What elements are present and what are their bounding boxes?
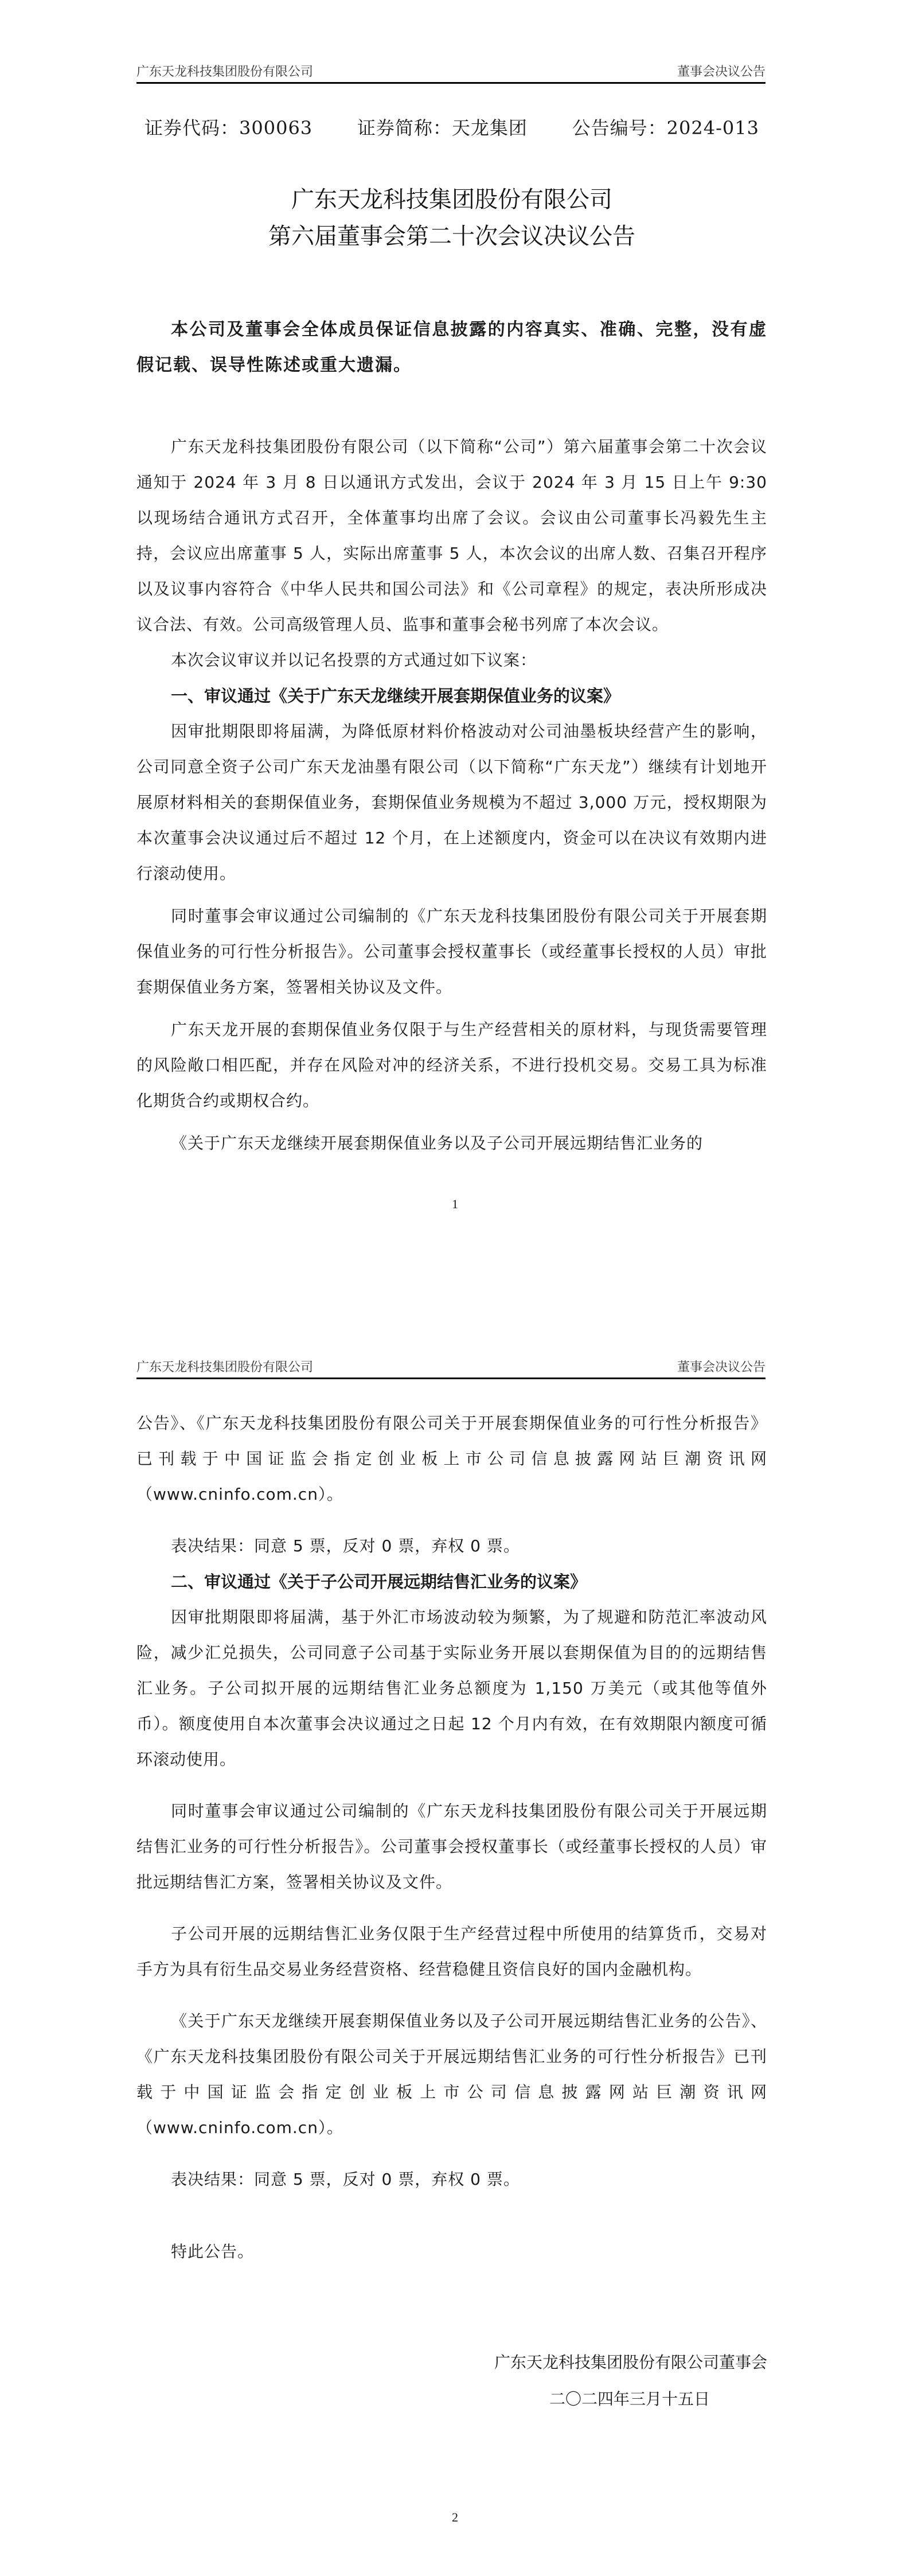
running-header: 广东天龙科技集团股份有限公司 董事会决议公告 (136, 62, 766, 84)
resolution-1-heading: 一、审议通过《关于广东天龙继续开展套期保值业务的议案》 (136, 678, 767, 714)
header-doc-type: 董事会决议公告 (677, 1357, 766, 1375)
closing-remark: 特此公告。 (136, 2234, 767, 2270)
resolution-1-disclosure-start: 《关于广东天龙继续开展套期保值业务以及子公司开展远期结售汇业务的 (136, 1126, 767, 1161)
page-1: 广东天龙科技集团股份有限公司 董事会决议公告 证券代码：300063 证券简称：… (0, 0, 910, 1288)
resolution-1-paragraph: 同时董事会审议通过公司编制的《广东天龙科技集团股份有限公司关于开展套期保值业务的… (136, 898, 767, 1005)
page-number: 1 (0, 1197, 910, 1212)
resolution-2-disclosure: 《关于广东天龙继续开展套期保值业务以及子公司开展远期结售汇业务的公告》、《广东天… (136, 2003, 767, 2146)
signature-org: 广东天龙科技集团股份有限公司董事会 (136, 2344, 767, 2381)
document-title: 广东天龙科技集团股份有限公司 第六届董事会第二十次会议决议公告 (136, 181, 767, 255)
title-line-2: 第六届董事会第二十次会议决议公告 (136, 218, 767, 255)
signature-date: 二〇二四年三月十五日 (136, 2381, 767, 2418)
header-company: 广东天龙科技集团股份有限公司 (136, 62, 313, 80)
signature-block: 广东天龙科技集团股份有限公司董事会 二〇二四年三月十五日 (136, 2344, 767, 2418)
page-number: 2 (0, 2510, 910, 2525)
title-line-1: 广东天龙科技集团股份有限公司 (136, 181, 767, 218)
resolution-2-paragraph: 因审批期限即将届满，基于外汇市场波动较为频繁，为了规避和防范汇率波动风险，减少汇… (136, 1600, 767, 1777)
header-company: 广东天龙科技集团股份有限公司 (136, 1357, 313, 1375)
resolution-1-paragraph: 因审批期限即将届满，为降低原材料价格波动对公司油墨板块经营产生的影响，公司同意全… (136, 714, 767, 892)
intro-paragraph: 广东天龙科技集团股份有限公司（以下简称“公司”）第六届董事会第二十次会议通知于 … (136, 429, 767, 643)
resolution-1-disclosure-end: 公告》、《广东天龙科技集团股份有限公司关于开展套期保值业务的可行性分析报告》已刊… (136, 1406, 767, 1512)
page-2: 广东天龙科技集团股份有限公司 董事会决议公告 公告》、《广东天龙科技集团股份有限… (0, 1288, 910, 2576)
resolution-1-vote-result: 表决结果：同意 5 票，反对 0 票，弃权 0 票。 (136, 1528, 767, 1564)
voting-intro: 本次会议审议并以记名投票的方式通过如下议案： (136, 643, 767, 678)
resolution-2-paragraph: 子公司开展的远期结售汇业务仅限于生产经营过程中所使用的结算货币，交易对手方为具有… (136, 1916, 767, 1987)
page-1-content: 证券代码：300063 证券简称：天龙集团 公告编号：2024-013 广东天龙… (136, 114, 767, 1161)
announcement-meta: 证券代码：300063 证券简称：天龙集团 公告编号：2024-013 (136, 114, 767, 140)
stock-code: 证券代码：300063 (144, 114, 313, 140)
page-2-content: 公告》、《广东天龙科技集团股份有限公司关于开展套期保值业务的可行性分析报告》已刊… (136, 1406, 767, 2418)
header-doc-type: 董事会决议公告 (677, 62, 766, 80)
resolution-2-vote-result: 表决结果：同意 5 票，反对 0 票，弃权 0 票。 (136, 2162, 767, 2197)
resolution-2-heading: 二、审议通过《关于子公司开展远期结售汇业务的议案》 (136, 1564, 767, 1600)
running-header: 广东天龙科技集团股份有限公司 董事会决议公告 (136, 1357, 766, 1379)
resolution-1-paragraph: 广东天龙开展的套期保值业务仅限于与生产经营相关的原材料，与现货需要管理的风险敞口… (136, 1012, 767, 1119)
announcement-number: 公告编号：2024-013 (572, 114, 759, 140)
stock-name: 证券简称：天龙集团 (357, 114, 528, 140)
resolution-2-paragraph: 同时董事会审议通过公司编制的《广东天龙科技集团股份有限公司关于开展远期结售汇业务… (136, 1793, 767, 1900)
disclosure-statement: 本公司及董事会全体成员保证信息披露的内容真实、准确、完整，没有虚假记载、误导性陈… (136, 312, 767, 383)
